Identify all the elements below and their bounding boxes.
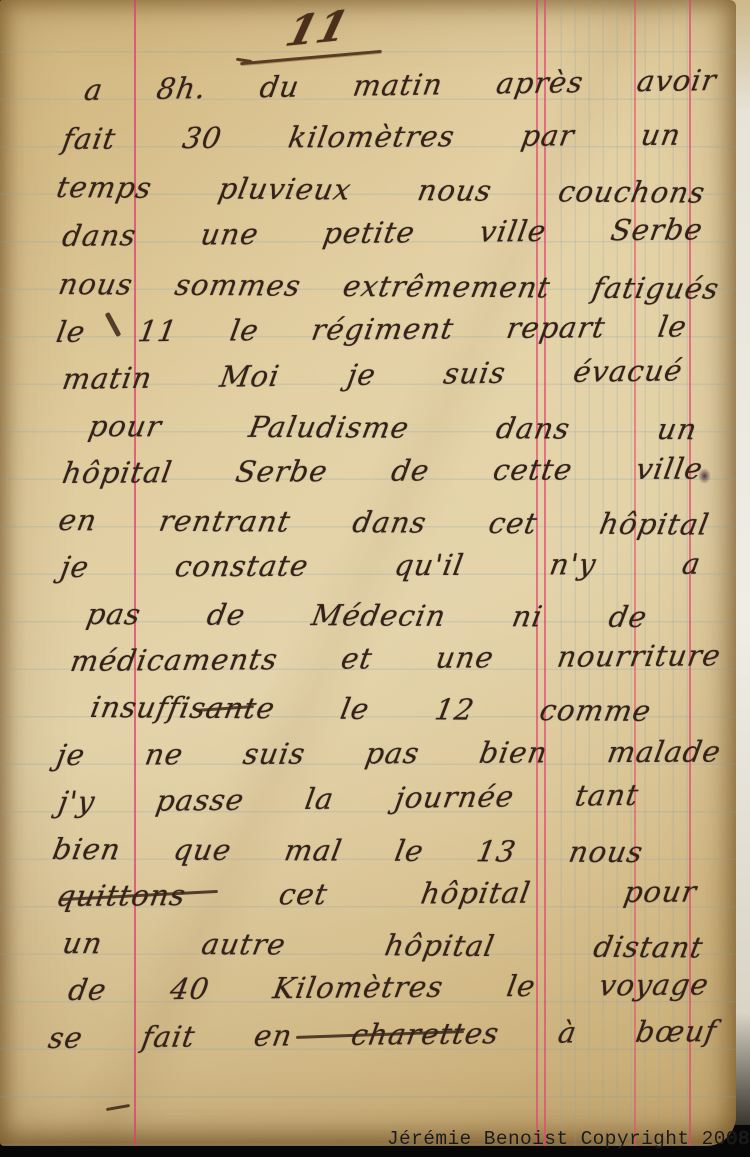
copyright-watermark: Jérémie Benoist Copyright 2008: [387, 1128, 750, 1150]
handwritten-line: hôpital Serbe de cette ville: [60, 451, 706, 490]
handwritten-line: je constate qu'il n'y a: [58, 547, 704, 584]
handwritten-line: nous sommes extrêmement fatigués: [56, 267, 722, 306]
handwritten-line: le 11 le régiment repart le: [54, 309, 690, 349]
handwritten-line: bien que mal le 13 nous: [50, 832, 646, 869]
handwritten-line: temps pluvieux nous couchons: [54, 170, 708, 210]
scanned-diary-page: 11 a 8h. du matin après avoir fait 30 ki…: [0, 0, 750, 1157]
handwritten-line: insuffisante le 12 comme: [88, 690, 654, 728]
handwritten-line: je ne suis pas bien malade: [54, 734, 724, 772]
ink-blot: [698, 468, 711, 484]
handwritten-line: dans une petite ville Serbe: [60, 212, 706, 253]
handwritten-line: un autre hôpital distant: [60, 926, 706, 964]
handwritten-line: j'y passe la journée tant: [56, 778, 642, 819]
handwritten-line: pas de Médecin ni de: [84, 597, 650, 634]
handwritten-line: fait 30 kilomètres par un: [60, 118, 684, 156]
handwritten-line: pour Paludisme dans un: [86, 409, 700, 446]
handwritten-line: de 40 Kilomètres le voyage: [66, 967, 712, 1007]
handwritten-line: médicaments et une nourriture: [68, 638, 724, 678]
handwritten-line: en rentrant dans cet hôpital: [56, 503, 712, 541]
diary-paper-sheet: 11 a 8h. du matin après avoir fait 30 ki…: [0, 0, 736, 1146]
